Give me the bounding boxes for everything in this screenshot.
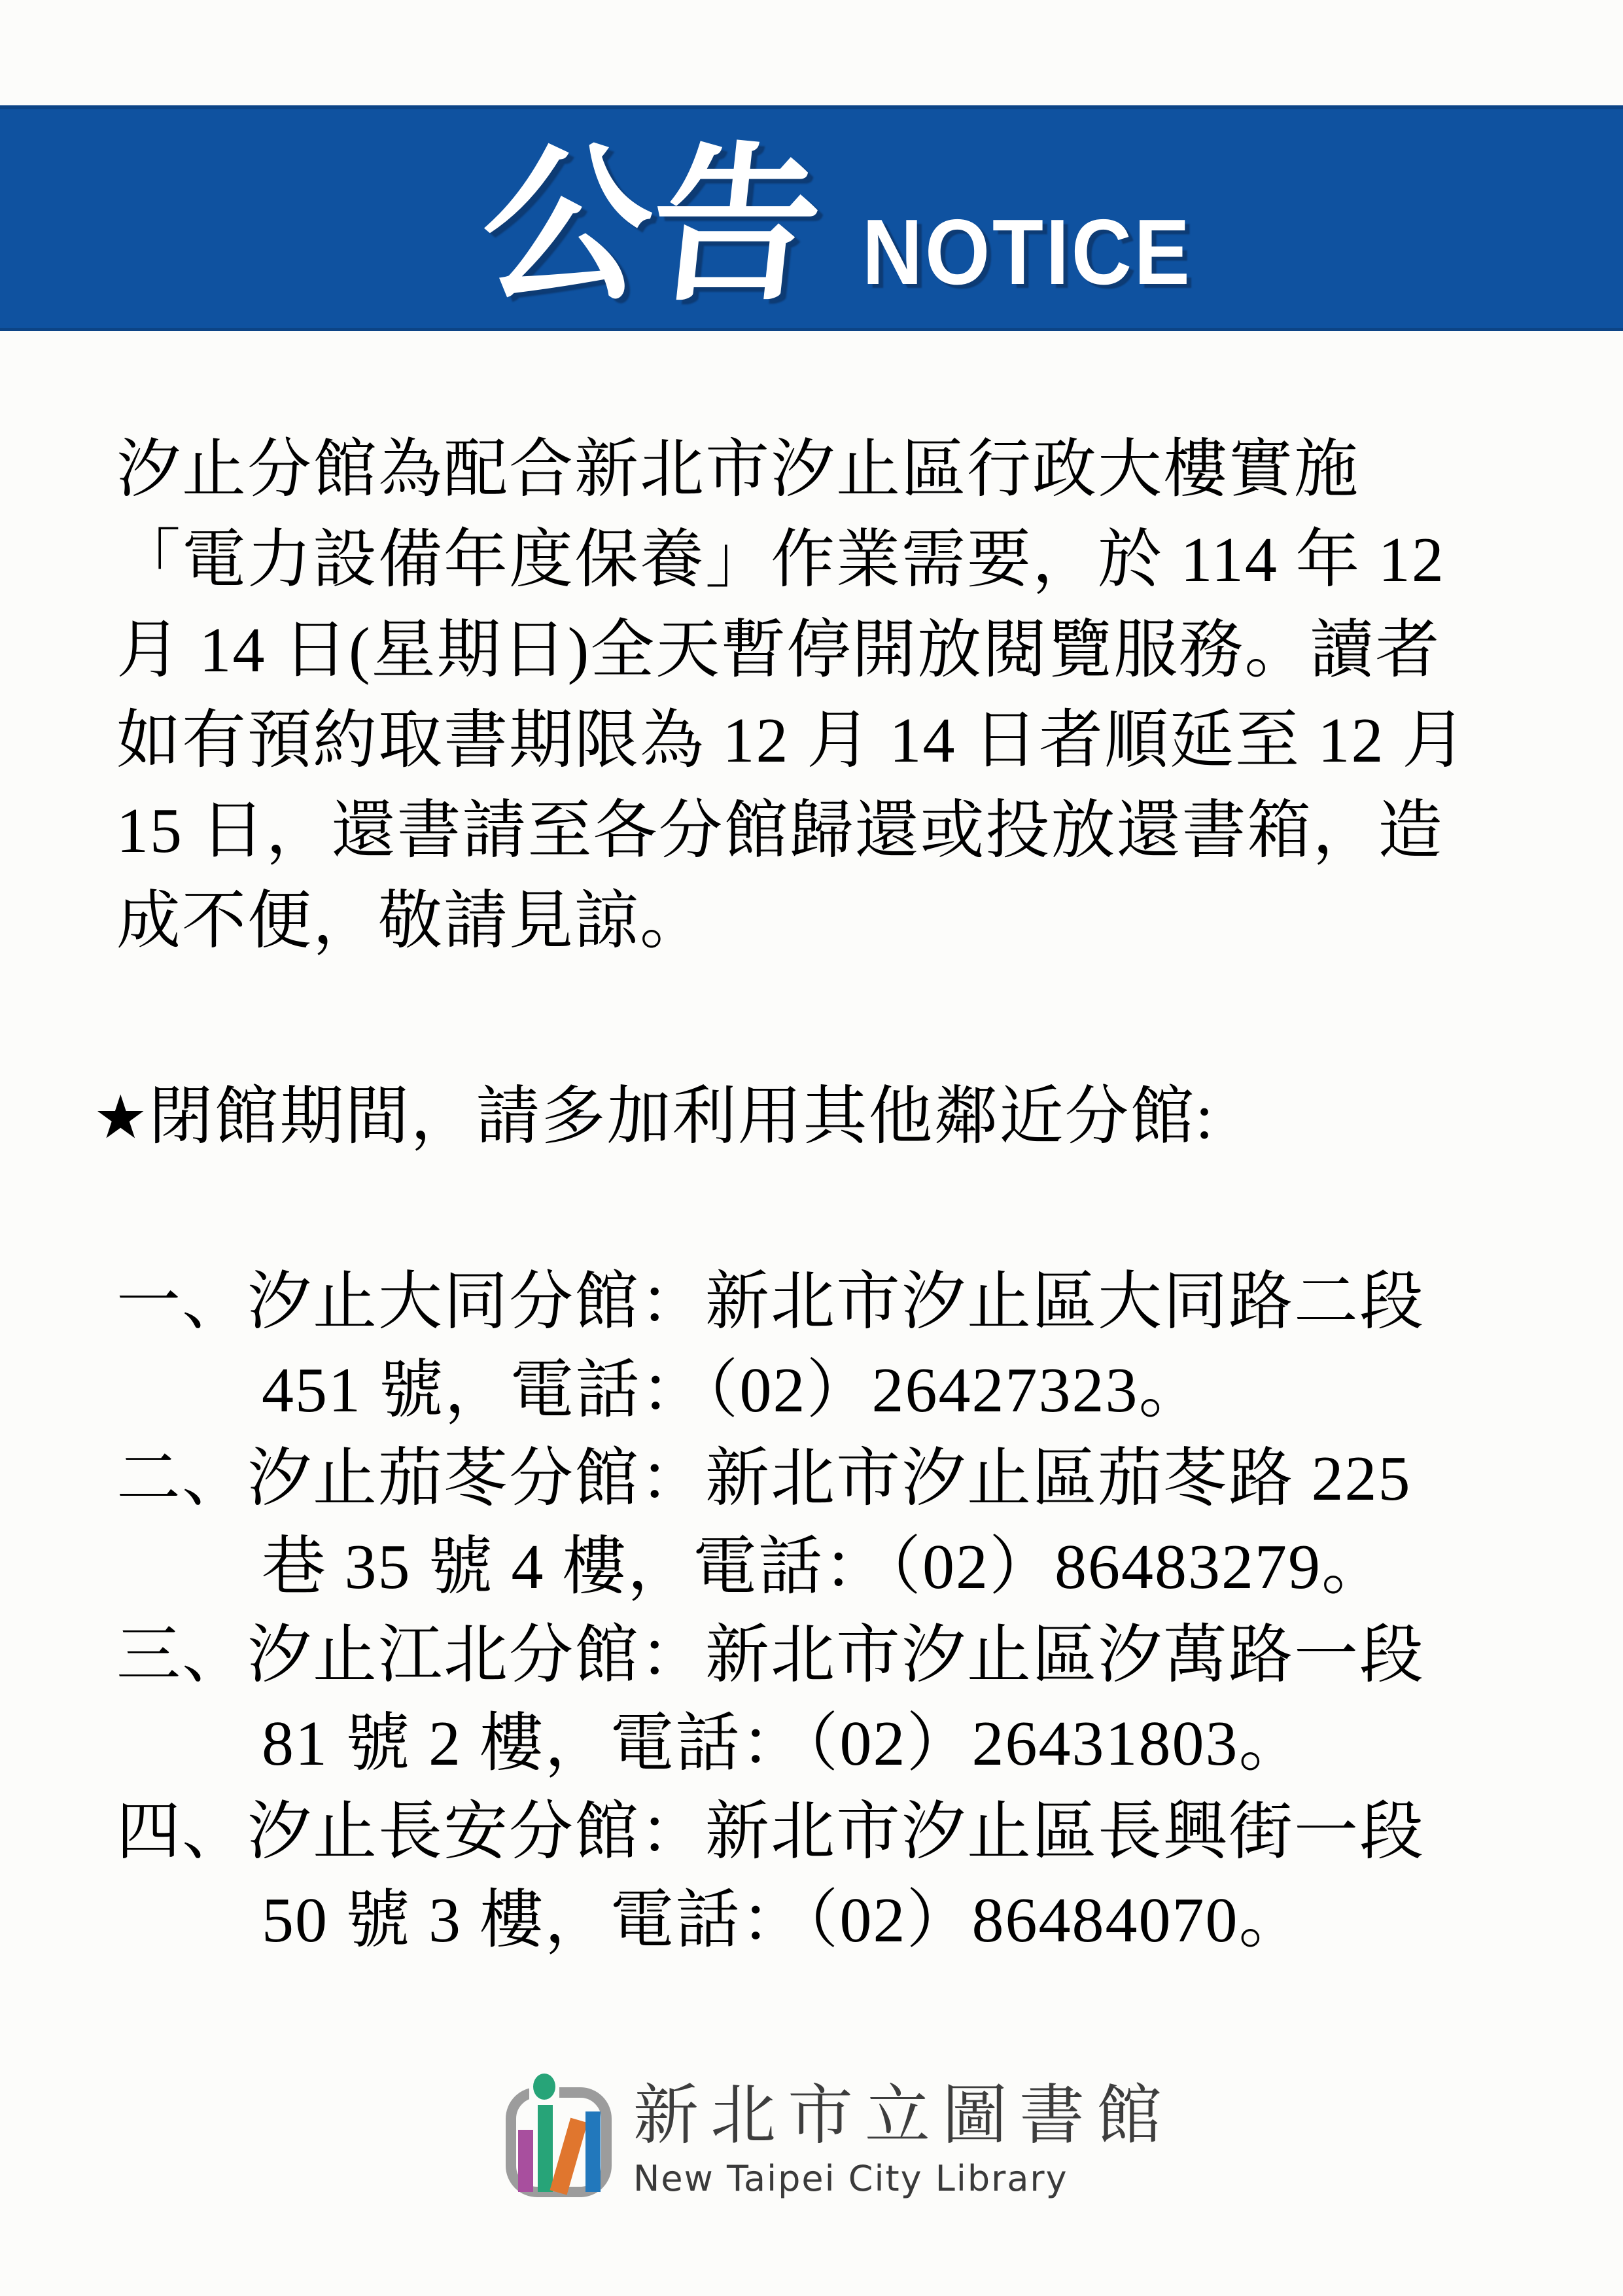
branch-item-2-line-2: 巷 35 號 4 樓，電話：（02）86483279。 bbox=[116, 1523, 1425, 1612]
library-name-en: New Taipei City Library bbox=[633, 2159, 1174, 2199]
book-bar-orange bbox=[550, 2118, 588, 2195]
star-icon: ★ bbox=[94, 1084, 148, 1151]
body-line: 成不便，敬請見諒。 bbox=[116, 876, 1467, 966]
book-bar-green bbox=[538, 2105, 553, 2192]
branch-item-3-line-2: 81 號 2 樓，電話：（02）26431803。 bbox=[116, 1700, 1425, 1788]
branch-list: 一、汐止大同分館：新北市汐止區大同路二段 451 號，電話：（02）264273… bbox=[116, 1258, 1425, 1965]
library-logo-icon bbox=[504, 2071, 613, 2199]
body-line: 「電力設備年度保養」作業需要，於 114 年 12 bbox=[116, 515, 1467, 605]
book-bar-magenta bbox=[518, 2130, 533, 2192]
banner-title-zh: 公告 bbox=[474, 145, 829, 306]
branch-item-4-line-2: 50 號 3 樓，電話：（02）86484070。 bbox=[116, 1877, 1425, 1965]
library-name-zh: 新北市立圖書館 bbox=[633, 2080, 1174, 2151]
notice-body-paragraph: 汐止分館為配合新北市汐止區行政大樓實施 「電力設備年度保養」作業需要，於 114… bbox=[116, 425, 1467, 966]
logo-dot bbox=[533, 2074, 555, 2100]
closure-note-text: 閉館期間，請多加利用其他鄰近分館: bbox=[148, 1082, 1214, 1152]
body-line: 如有預約取書期限為 12 月 14 日者順延至 12 月 bbox=[116, 696, 1467, 786]
library-logo: 新北市立圖書館 New Taipei City Library bbox=[504, 2071, 1174, 2199]
notice-banner: 公告 NOTICE bbox=[0, 105, 1623, 331]
branch-item-1-line-2: 451 號，電話：（02）26427323。 bbox=[116, 1347, 1425, 1435]
library-logo-text: 新北市立圖書館 New Taipei City Library bbox=[633, 2071, 1174, 2199]
body-line: 汐止分館為配合新北市汐止區行政大樓實施 bbox=[116, 425, 1467, 515]
notice-page: 公告 NOTICE 汐止分館為配合新北市汐止區行政大樓實施 「電力設備年度保養」… bbox=[0, 0, 1623, 2296]
body-line: 月 14 日(星期日)全天暫停開放閱覽服務。讀者 bbox=[116, 605, 1467, 696]
branch-item-1-line-1: 一、汐止大同分館：新北市汐止區大同路二段 bbox=[116, 1258, 1425, 1347]
branch-item-4-line-1: 四、汐止長安分館：新北市汐止區長興街一段 bbox=[116, 1788, 1425, 1877]
closure-note: ★閉館期間，請多加利用其他鄰近分館: bbox=[94, 1072, 1215, 1163]
book-bar-blue bbox=[585, 2111, 601, 2192]
branch-item-3-line-1: 三、汐止江北分館：新北市汐止區汐萬路一段 bbox=[116, 1612, 1425, 1700]
branch-item-2-line-1: 二、汐止茄苳分館：新北市汐止區茄苳路 225 bbox=[116, 1435, 1425, 1523]
banner-title-en: NOTICE bbox=[862, 206, 1192, 299]
body-line: 15 日，還書請至各分館歸還或投放還書箱，造 bbox=[116, 786, 1467, 876]
